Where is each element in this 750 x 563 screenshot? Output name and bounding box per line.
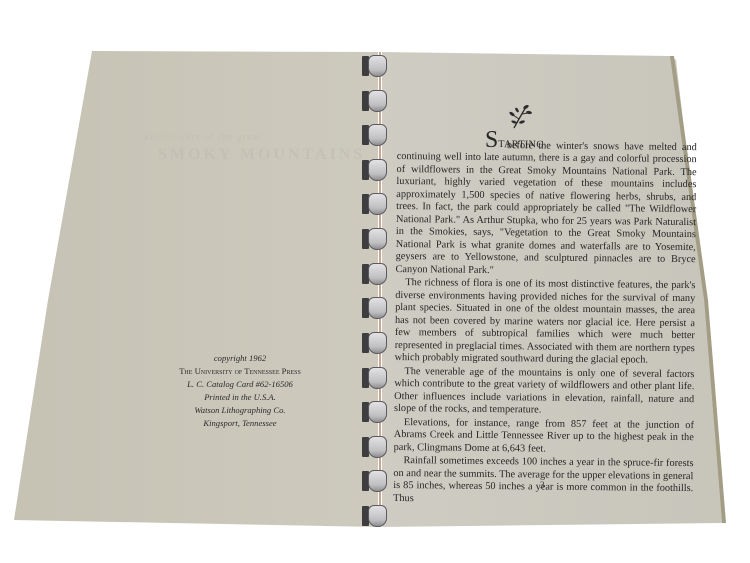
ring-front [368, 263, 387, 285]
page-number: 3 [540, 480, 545, 490]
show-through-title: SMOKY MOUNTAINS [158, 146, 365, 164]
spiral-ring [362, 436, 392, 460]
spiral-ring [362, 124, 392, 148]
ring-front [368, 332, 387, 354]
imprint-line: copyright 1962 [150, 352, 330, 365]
imprint-line: The University of Tennessee Press [150, 365, 330, 378]
ring-front [368, 470, 387, 492]
spiral-ring [362, 505, 392, 529]
paragraph: Elevations, for instance, range from 857… [394, 416, 694, 457]
sprig-icon [508, 104, 532, 130]
ring-front [368, 401, 387, 423]
spiral-ring [362, 470, 392, 494]
ring-front [368, 367, 387, 389]
imprint-line: L. C. Catalog Card #62-16506 [150, 378, 330, 391]
spiral-ring [362, 297, 392, 321]
ring-front [368, 55, 387, 77]
imprint-line: Kingsport, Tennessee [150, 417, 330, 430]
spiral-ring [362, 228, 392, 252]
paragraph: The richness of flora is one of its most… [395, 277, 696, 368]
spiral-ring [362, 159, 392, 183]
ring-front [368, 159, 387, 181]
spiral-ring [362, 367, 392, 391]
ring-front [368, 193, 387, 215]
show-through-text: wildflowers of the great [142, 132, 262, 143]
spiral-ring [362, 401, 392, 425]
copyright-imprint: copyright 1962 The University of Tenness… [150, 352, 330, 430]
drop-cap: S [485, 127, 499, 153]
open-booklet: wildflowers of the great SMOKY MOUNTAINS… [0, 0, 750, 563]
body-text: STARTING before the winter's snows have … [393, 130, 697, 509]
paragraph: before the winter's snows have melted an… [395, 138, 696, 279]
spiral-ring [362, 193, 392, 217]
ring-front [368, 297, 387, 319]
ring-front [368, 436, 387, 458]
imprint-line: Watson Lithographing Co. [150, 404, 330, 417]
ring-front [368, 228, 387, 250]
imprint-line: Printed in the U.S.A. [150, 391, 330, 404]
spiral-ring [362, 55, 392, 79]
paragraph: The venerable age of the mountains is on… [394, 365, 695, 418]
spiral-ring [362, 90, 392, 114]
ring-front [368, 505, 387, 527]
ring-front [368, 124, 387, 146]
spiral-ring [362, 332, 392, 356]
ring-front [368, 90, 387, 112]
spiral-ring [362, 263, 392, 287]
